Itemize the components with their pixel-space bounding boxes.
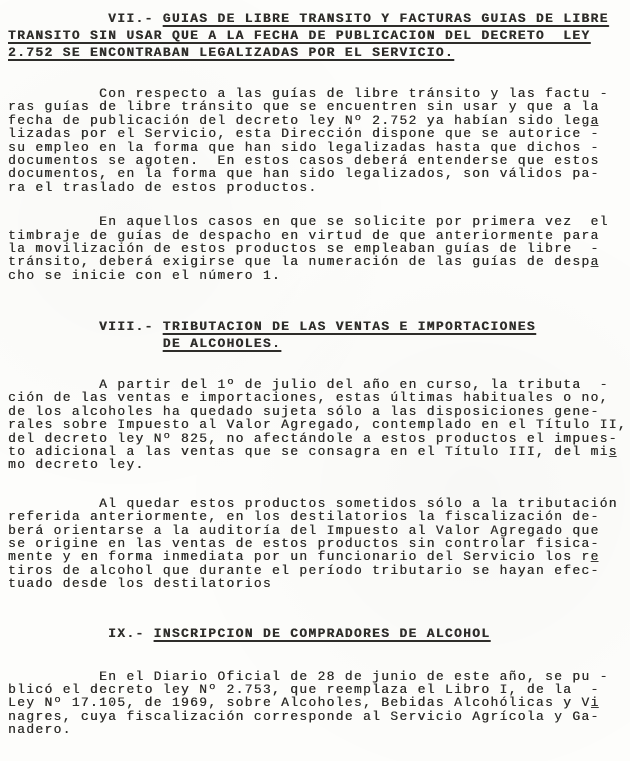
heading-title: TRANSITO SIN USAR QUE A LA FECHA DE PUBL… bbox=[8, 28, 590, 43]
text-line: En el Diario Oficial de 28 de junio de e… bbox=[8, 670, 626, 683]
heading-title: TRIBUTACION DE LAS VENTAS E IMPORTACIONE… bbox=[163, 319, 536, 334]
heading-title: GUIAS DE LIBRE TRANSITO Y FACTURAS GUIAS… bbox=[163, 11, 609, 26]
text-line: blicó el decreto ley Nº 2.753, que reemp… bbox=[8, 683, 626, 696]
heading-number bbox=[8, 336, 163, 351]
heading-title: DE ALCOHOLES. bbox=[163, 336, 281, 352]
text-line: En aquellos casos en que se solicite por… bbox=[8, 215, 626, 228]
heading-vii: VII.- GUIAS DE LIBRE TRANSITO Y FACTURAS… bbox=[8, 10, 626, 61]
text-line: Con respecto a las guías de libre tránsi… bbox=[8, 87, 626, 100]
heading-line: VII.- GUIAS DE LIBRE TRANSITO Y FACTURAS… bbox=[8, 10, 626, 27]
paragraph-viii-2: Al quedar estos productos sometidos sólo… bbox=[8, 497, 626, 591]
heading-number: VII.- bbox=[8, 11, 163, 26]
text-line: rales sobre Impuesto al Valor Agregado, … bbox=[8, 418, 626, 431]
heading-line: VIII.- TRIBUTACION DE LAS VENTAS E IMPOR… bbox=[8, 318, 626, 335]
text-line: tuado desde los destilatorios bbox=[8, 577, 626, 590]
text-line: A partir del 1º de julio del año en curs… bbox=[8, 378, 626, 391]
text-line: nagres, cuya fiscalización corresponde a… bbox=[8, 710, 626, 723]
text-line: Al quedar estos productos sometidos sólo… bbox=[8, 497, 626, 510]
text-line: documentos, en la forma que han sido leg… bbox=[8, 167, 626, 180]
text-line: tiros de alcohol que durante el período … bbox=[8, 564, 626, 577]
text-line: ras guías de libre tránsito que se encue… bbox=[8, 100, 626, 113]
text-line: cho se inicie con el número 1. bbox=[8, 269, 626, 282]
text-line: referida anteriormente, en los destilato… bbox=[8, 510, 626, 523]
paragraph-vii-1: Con respecto a las guías de libre tránsi… bbox=[8, 87, 626, 194]
heading-ix: IX.- INSCRIPCION DE COMPRADORES DE ALCOH… bbox=[8, 625, 626, 642]
heading-title: 2.752 SE ENCONTRABAN LEGALIZADAS POR EL … bbox=[8, 45, 454, 60]
heading-number: IX.- bbox=[8, 626, 154, 641]
text-line: mo decreto ley. bbox=[8, 458, 626, 471]
text-line: del decreto ley Nº 825, no afectándole a… bbox=[8, 432, 626, 445]
heading-line: DE ALCOHOLES. bbox=[8, 335, 626, 352]
text-line: lizadas por el Servicio, esta Dirección … bbox=[8, 127, 626, 140]
text-line: documentos se agoten. En estos casos deb… bbox=[8, 154, 626, 167]
text-line: berá orientarse a la auditoría del Impue… bbox=[8, 524, 626, 537]
heading-title: INSCRIPCION DE COMPRADORES DE ALCOHOL bbox=[154, 626, 491, 641]
text-line: to adicional a las ventas que se consagr… bbox=[8, 445, 626, 458]
text-line: la movilización de estos productos se em… bbox=[8, 242, 626, 255]
text-line: mente y en forma inmediata por un funcio… bbox=[8, 550, 626, 563]
text-line: fecha de publicación del decreto ley Nº … bbox=[8, 114, 626, 127]
text-line: Ley Nº 17.105, de 1969, sobre Alcoholes,… bbox=[8, 696, 626, 709]
text-line: se origine en las ventas de estos produc… bbox=[8, 537, 626, 550]
text-line: tránsito, deberá exigirse que la numerac… bbox=[8, 255, 626, 268]
text-line: ra el traslado de estos productos. bbox=[8, 181, 626, 194]
text-line: ción de las ventas e importaciones, esta… bbox=[8, 391, 626, 404]
text-line: timbraje de guías de despacho en virtud … bbox=[8, 229, 626, 242]
text-line: su empleo en la forma que han sido legal… bbox=[8, 141, 626, 154]
heading-line: IX.- INSCRIPCION DE COMPRADORES DE ALCOH… bbox=[8, 625, 626, 642]
heading-viii: VIII.- TRIBUTACION DE LAS VENTAS E IMPOR… bbox=[8, 318, 626, 352]
heading-number: VIII.- bbox=[8, 319, 163, 334]
heading-line: 2.752 SE ENCONTRABAN LEGALIZADAS POR EL … bbox=[8, 44, 626, 61]
paragraph-ix-1: En el Diario Oficial de 28 de junio de e… bbox=[8, 670, 626, 737]
document-page: VII.- GUIAS DE LIBRE TRANSITO Y FACTURAS… bbox=[0, 0, 630, 761]
text-line: nadero. bbox=[8, 723, 626, 736]
paragraph-vii-2: En aquellos casos en que se solicite por… bbox=[8, 215, 626, 282]
paragraph-viii-1: A partir del 1º de julio del año en curs… bbox=[8, 378, 626, 472]
heading-line: TRANSITO SIN USAR QUE A LA FECHA DE PUBL… bbox=[8, 27, 626, 44]
text-line: de los alcoholes ha quedado sujeta sólo … bbox=[8, 405, 626, 418]
